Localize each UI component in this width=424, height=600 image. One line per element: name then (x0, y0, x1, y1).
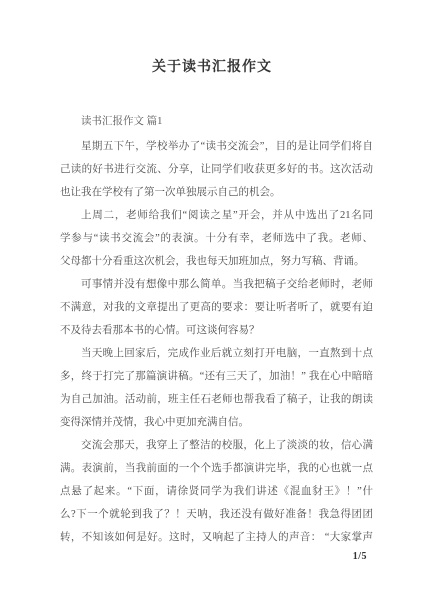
text-line: 变得深情并茂情，我心中更加充满自信。 (60, 411, 373, 434)
text-line: 父母都十分看重这次机会，我也每天加班加点，努力写稿、背诵。 (60, 250, 373, 273)
text-line: 上周二，老师给我们“阅读之星”开会，并从中选出了21名同 (60, 204, 373, 227)
paragraphs-container: 星期五下午，学校举办了“读书交流会”，目的是让同学们将自己读的好书进行交流、分享… (60, 135, 373, 549)
text-line: 交流会那天，我穿上了整洁的校服，化上了淡淡的妆，信心满 (60, 434, 373, 457)
text-line: 不满意，对我的文章提出了更高的要求：要让听者听了，就要有迫 (60, 296, 373, 319)
text-line: 么?下一个就轮到我了？！天呐，我还没有做好准备！我急得团团 (60, 503, 373, 526)
document-title: 关于读书汇报作文 (0, 0, 424, 76)
section-heading: 读书汇报作文 篇1 (60, 110, 373, 133)
document-page: 关于读书汇报作文 读书汇报作文 篇1 星期五下午，学校举办了“读书交流会”，目的… (0, 0, 424, 600)
page-indicator: 1/5 (353, 551, 367, 562)
text-line: 学参与“读书交流会”的表演。十分有幸，老师选中了我。老师、 (60, 227, 373, 250)
text-line: 星期五下午，学校举办了“读书交流会”，目的是让同学们将自 (60, 135, 373, 158)
text-line: 不及待去看那本书的心情。可这谈何容易？ (60, 319, 373, 342)
text-line: 己读的好书进行交流、分享，让同学们收获更多好的书。这次活动 (60, 158, 373, 181)
text-line: 点悬了起来。“下面，请徐贤同学为我们讲述《混血豺王》！”什 (60, 480, 373, 503)
text-line: 可事情并没有想像中那么简单。当我把稿子交给老师时，老师 (60, 273, 373, 296)
text-line: 转，不知该如何是好。这时，又响起了主持人的声音： “大家掌声 (60, 526, 373, 549)
text-line: 当天晚上回家后，完成作业后就立刻打开电脑，一直熬到十点 (60, 342, 373, 365)
document-body: 读书汇报作文 篇1 星期五下午，学校举办了“读书交流会”，目的是让同学们将自己读… (60, 110, 373, 549)
text-line: 也让我在学校有了第一次单独展示自己的机会。 (60, 181, 373, 204)
text-line: 多，终于打完了那篇演讲稿。“还有三天了，加油！” 我在心中暗暗 (60, 365, 373, 388)
text-line: 满。表演前，当我前面的一个个选手都演讲完毕，我的心也就一点 (60, 457, 373, 480)
text-line: 为自己加油。活动前，班主任石老师也帮我看了稿子，让我的朗读 (60, 388, 373, 411)
